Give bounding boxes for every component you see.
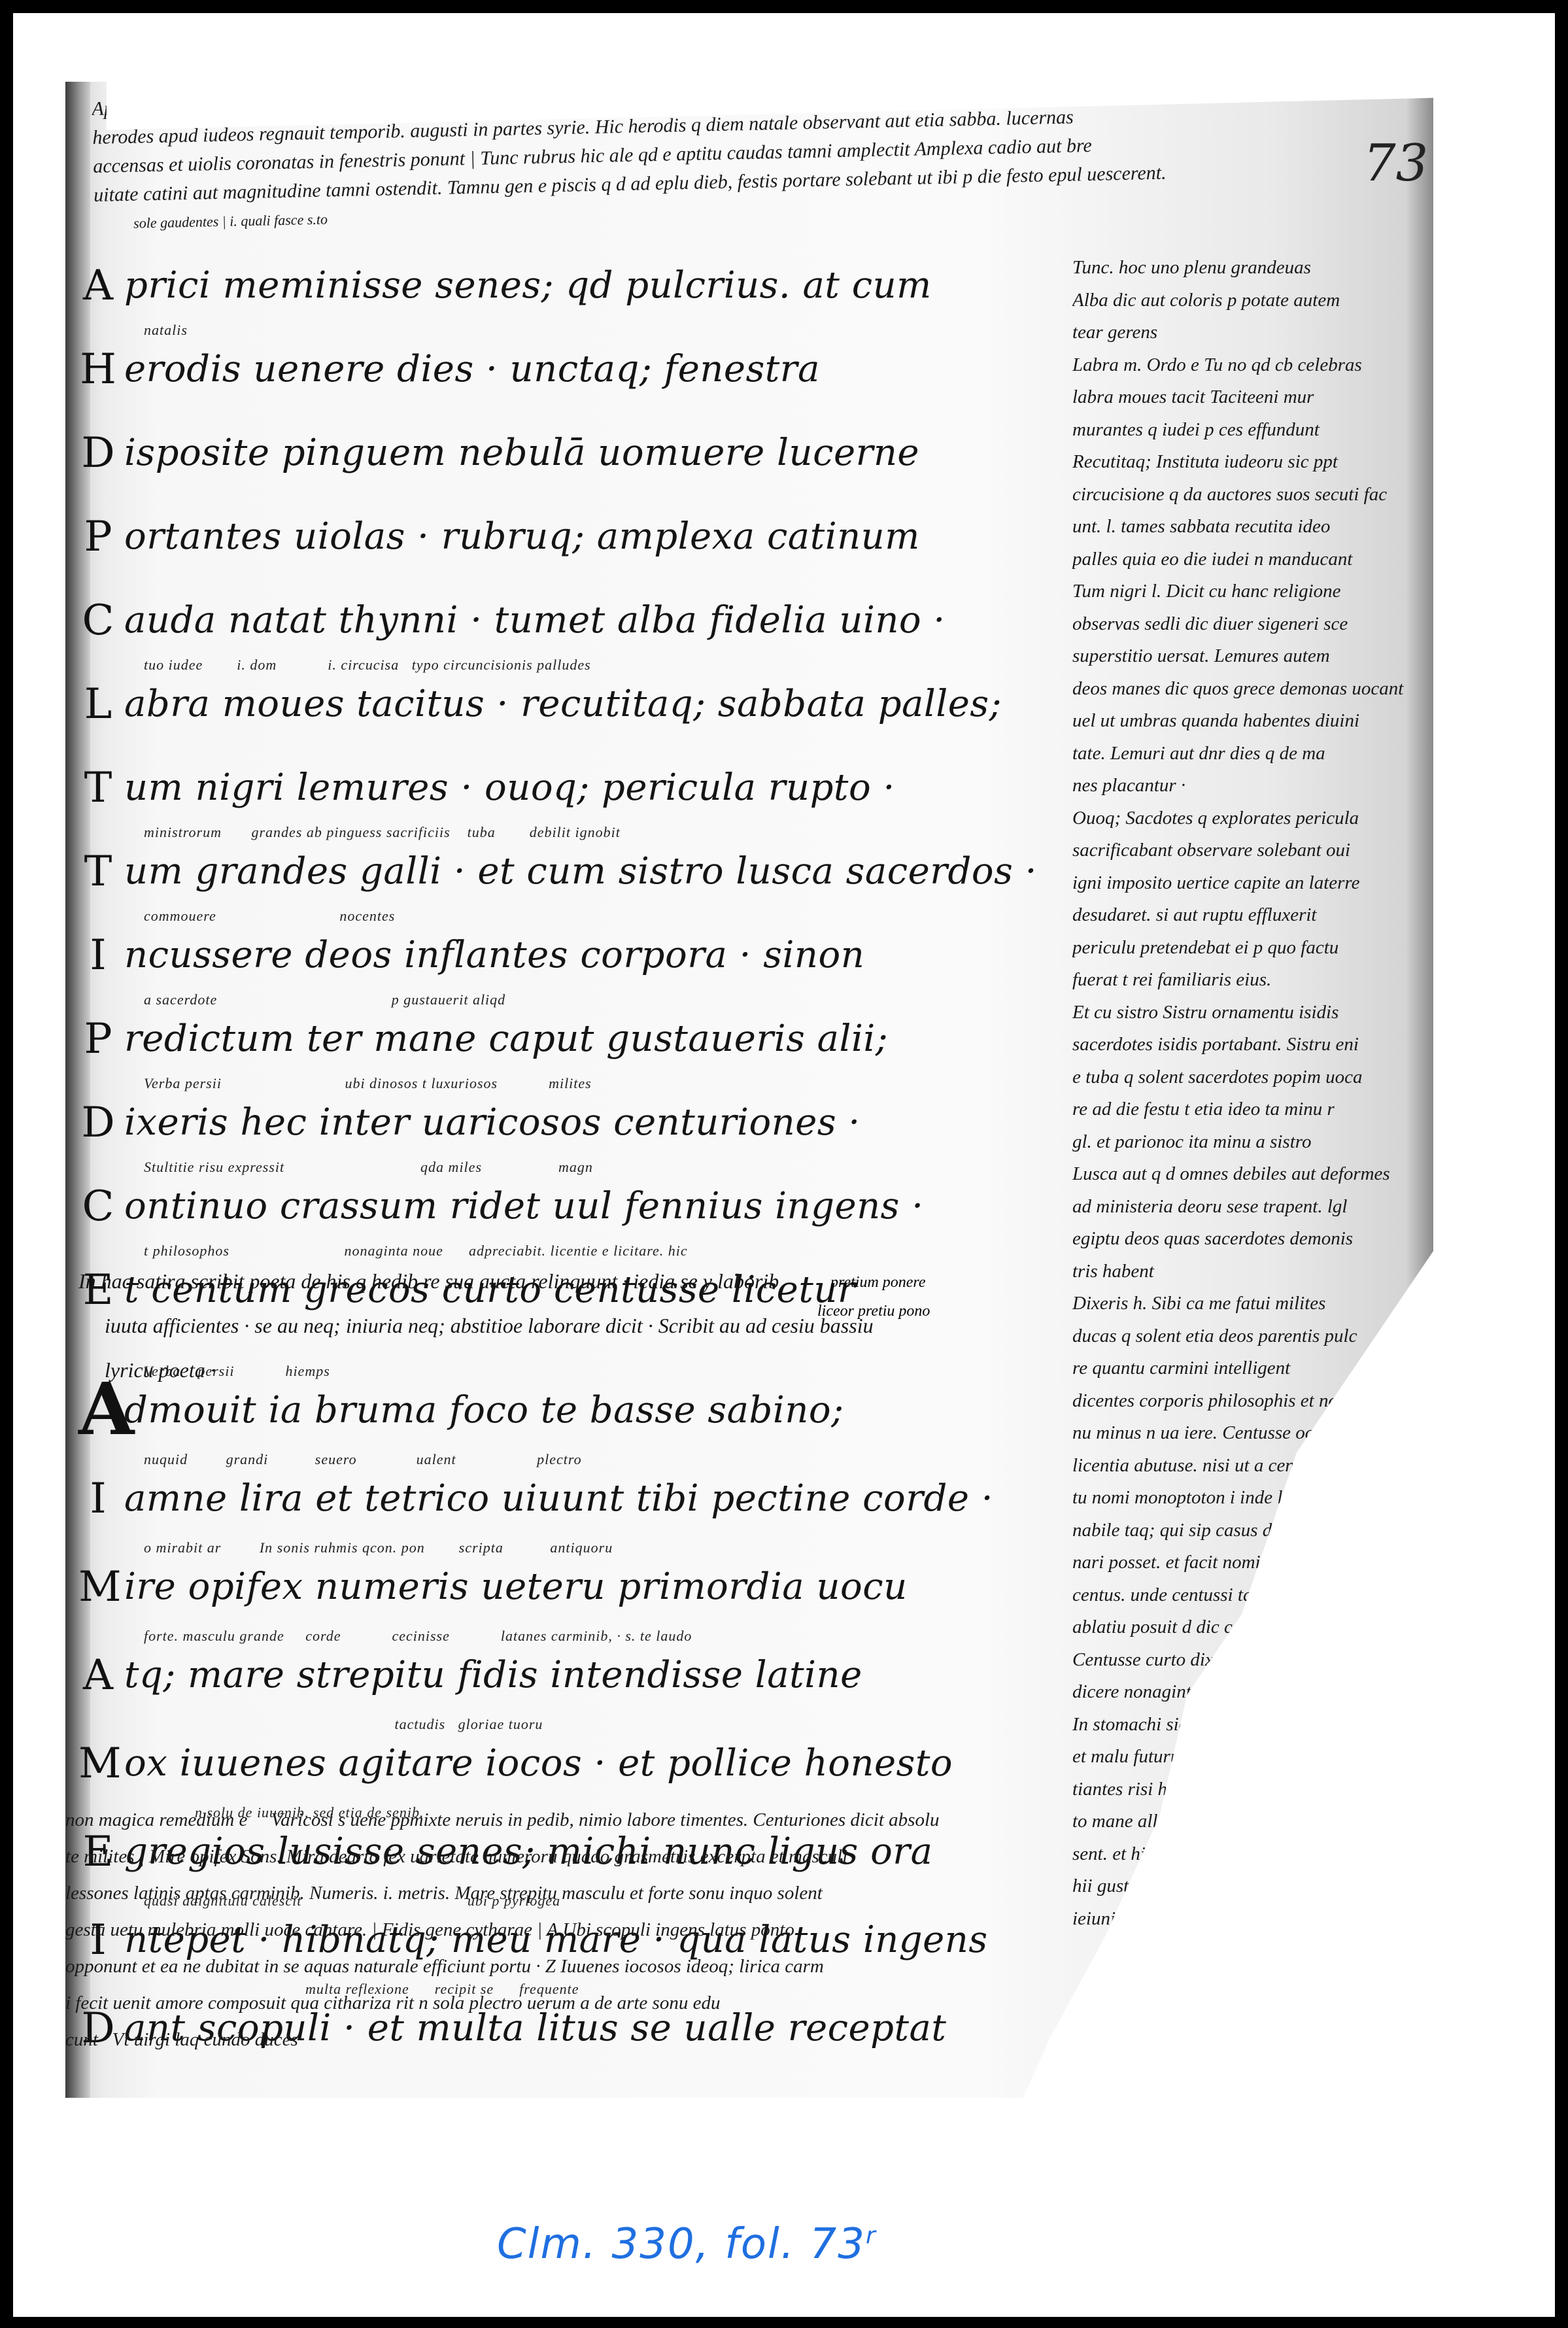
verse-text: ontinuo crassum ridet uul fennius ingens… <box>124 1185 924 1227</box>
verse-text: amne lira et tetrico uiuunt tibi pectine… <box>124 1477 993 1520</box>
commentary-line: circucisione q da auctores suos secuti f… <box>1072 479 1412 511</box>
commentary-line: observas sedli dic diuer sigeneri sce <box>1072 608 1412 641</box>
verse-text: ire opifex numeris ueteru primordia uocu <box>124 1566 908 1608</box>
commentary-line: igni imposito uertice capite an laterre <box>1072 867 1412 900</box>
verse-text: ixeris hec inter uaricosos centuriones · <box>124 1101 861 1144</box>
commentary-line: palles quia eo die iudei n manducant <box>1072 543 1412 576</box>
commentary-line: non magica remedium e Varicosi s uene pp… <box>65 1802 1085 1838</box>
verse-line: nuquid grandi seuero ualent plectroIamne… <box>78 1448 1046 1537</box>
prose-line: iuuta afficientes · se au neq; iniuria n… <box>78 1303 1046 1348</box>
verse-initial: T <box>78 764 118 812</box>
verse-initial: A <box>78 1651 118 1700</box>
commentary-line: tear gerens <box>1072 317 1412 349</box>
commentary-line: deos manes dic quos grece demonas uocant <box>1072 673 1412 706</box>
interlinear-gloss: nuquid grandi seuero ualent plectro <box>144 1451 582 1468</box>
commentary-line: Alba dic aut coloris p potate autem <box>1072 284 1412 317</box>
bottom-commentary: non magica remedium e Varicosi s uene pp… <box>65 1802 1085 2058</box>
prose-line: In hac satira scribit poeta de his q hed… <box>78 1259 1046 1303</box>
commentary-line: gl. et parionoc ita minu a sistro <box>1072 1126 1412 1159</box>
commentary-line: Et cu sistro Sistru ornamentu isidis <box>1072 997 1412 1029</box>
verse-line: Verba persii hiempsAdmouit ia bruma foco… <box>78 1360 1046 1448</box>
commentary-line: Tunc. hoc uno plenu grandeuas <box>1072 252 1412 284</box>
verse-initial: D <box>78 1099 118 1147</box>
verse-text: auda natat thynni · tumet alba fidelia u… <box>124 599 946 642</box>
commentary-line: unt. l. tames sabbata recutita ideo <box>1072 511 1412 543</box>
commentary-line: nes placantur · <box>1072 770 1412 802</box>
commentary-line: Dixeris h. Sibi ca me fatui milites <box>1072 1288 1412 1320</box>
verse-text: ox iuuenes agitare iocos · et pollice ho… <box>124 1742 953 1785</box>
commentary-line: i fecit uenit amore composuit qua cithar… <box>65 1985 1085 2021</box>
commentary-line: Lusca aut q d omnes debiles aut deformes <box>1072 1158 1412 1191</box>
verse-initial: C <box>78 596 118 645</box>
commentary-line: fuerat t rei familiaris eius. <box>1072 964 1412 997</box>
commentary-line: ducas q solent etia deos parentis pulc <box>1072 1320 1412 1353</box>
verse-column-part1: Aprici meminisse senes; qd pulcrius. at … <box>78 235 1020 1324</box>
verse-line: Portantes uiolas · rubruq; amplexa catin… <box>78 487 1020 570</box>
verse-text: prici meminisse senes; qd pulcrius. at c… <box>124 264 932 307</box>
verse-initial: A <box>78 1367 118 1451</box>
shelfmark-caption: Clm. 330, fol. 73r <box>497 2220 877 2268</box>
commentary-line: tris habent <box>1072 1256 1412 1288</box>
commentary-line: re ad die festu t etia ideo ta minu r <box>1072 1093 1412 1126</box>
commentary-line: Ouoq; Sacdotes q explorates pericula <box>1072 802 1412 835</box>
interlinear-gloss: forte. masculu grande corde cecinisse la… <box>144 1628 692 1645</box>
verse-line: Cauda natat thynni · tumet alba fidelia … <box>78 570 1020 654</box>
verse-line: Aprici meminisse senes; qd pulcrius. at … <box>78 235 1020 319</box>
commentary-line: sacrificabant observare solebant oui <box>1072 834 1412 867</box>
verse-line: forte. masculu grande corde cecinisse la… <box>78 1625 1046 1713</box>
verse-initial: D <box>78 429 118 477</box>
interlinear-gloss: o mirabit ar In sonis ruhmis qcon. pon s… <box>144 1539 613 1556</box>
verse-initial: C <box>78 1182 118 1231</box>
verse-line: ministrorum grandes ab pinguess sacrific… <box>78 821 1020 905</box>
commentary-line: Tum nigri l. Dicit cu hanc religione <box>1072 575 1412 608</box>
verse-line: Verba persii ubi dinosos t luxuriosos mi… <box>78 1072 1020 1156</box>
interlinear-gloss: Verba persii ubi dinosos t luxuriosos mi… <box>144 1075 592 1092</box>
verse-line: a sacerdote p gustauerit aliqdPredictum … <box>78 989 1020 1072</box>
verse-initial: T <box>78 847 118 896</box>
commentary-line: superstitio uersat. Lemures autem <box>1072 640 1412 673</box>
interlinear-gloss: Stultitie risu expressit qda miles magn <box>144 1159 593 1176</box>
commentary-line: egiptu deos quas sacerdotes demonis <box>1072 1223 1412 1256</box>
verse-initial: P <box>78 513 118 561</box>
commentary-line: periculu pretendebat ei p quo factu <box>1072 932 1412 965</box>
verse-initial: I <box>78 931 118 980</box>
interlinear-gloss: a sacerdote p gustauerit aliqd <box>144 991 505 1008</box>
commentary-line: sacerdotes isidis portabant. Sistru eni <box>1072 1029 1412 1061</box>
commentary-line: lessones latinis aptas carminib. Numeris… <box>65 1875 1085 1911</box>
verse-line: Disposite pinguem nebulā uomuere lucerne <box>78 403 1020 487</box>
commentary-line: labra moues tacit Taciteeni mur <box>1072 381 1412 414</box>
commentary-line: e tuba q solent sacerdotes popim uoca <box>1072 1061 1412 1094</box>
verse-text: tq; mare strepitu fidis intendisse latin… <box>124 1654 862 1696</box>
verse-text: um grandes galli · et cum sistro lusca s… <box>124 850 1037 893</box>
commentary-line: gesta uetu mulebria molli uoce cantare. … <box>65 1911 1085 1948</box>
commentary-line: Labra m. Ordo e Tu no qd cb celebras <box>1072 349 1412 382</box>
verse-line: natalisHerodis uenere dies · unctaq; fen… <box>78 319 1020 403</box>
commentary-line: opponunt et ea ne dubitat in se aquas na… <box>65 1948 1085 1985</box>
commentary-line: uel ut umbras quanda habentes diuini <box>1072 705 1412 738</box>
interlinear-gloss: t philosophos nonaginta noue adpreciabit… <box>144 1242 688 1259</box>
verse-initial: A <box>78 262 118 310</box>
interlinear-gloss: tactudis gloriae tuoru <box>144 1716 543 1733</box>
verse-initial: M <box>78 1563 118 1611</box>
verse-initial: L <box>78 680 118 728</box>
commentary-line: murantes q iudei p ces effundunt <box>1072 414 1412 447</box>
verse-text: dmouit ia bruma foco te basse sabino; <box>124 1389 844 1431</box>
verse-initial: P <box>78 1015 118 1063</box>
verse-initial: H <box>78 345 118 394</box>
caption-recto-mark: r <box>866 2223 877 2250</box>
interlinear-gloss: natalis <box>144 322 188 339</box>
verse-text: erodis uenere dies · unctaq; fenestra <box>124 348 820 390</box>
verse-text: isposite pinguem nebulā uomuere lucerne <box>124 432 919 474</box>
commentary-line: te milites | Mire opifex Sons. Mira dear… <box>65 1838 1085 1875</box>
interlinear-gloss: tuo iudee i. dom i. circucisa typo circu… <box>144 657 591 674</box>
verse-line: o mirabit ar In sonis ruhmis qcon. pon s… <box>78 1537 1046 1625</box>
verse-line: Tum nigri lemures · ouoq; pericula rupto… <box>78 738 1020 821</box>
verse-initial: I <box>78 1475 118 1523</box>
verse-text: ncussere deos inflantes corpora · sinon <box>124 934 864 976</box>
caption-shelfmark: Clm. 330, fol. 73 <box>497 2220 866 2268</box>
commentary-line: tate. Lemuri aut dnr dies q de ma <box>1072 738 1412 770</box>
verse-line: commouere nocentesIncussere deos inflant… <box>78 905 1020 989</box>
commentary-line: cunt · Vt uirgi laq cundo duces <box>65 2021 1085 2058</box>
verse-text: ortantes uiolas · rubruq; amplexa catinu… <box>124 515 920 558</box>
verse-line: tuo iudee i. dom i. circucisa typo circu… <box>78 654 1020 738</box>
commentary-line: Recutitaq; Instituta iudeoru sic ppt <box>1072 446 1412 479</box>
interlinear-gloss: commouere nocentes <box>144 908 395 925</box>
verse-text: um nigri lemures · ouoq; pericula rupto … <box>124 766 895 809</box>
verse-line: tactudis gloriae tuoruMox iuuenes agitar… <box>78 1713 1046 1802</box>
verse-text: redictum ter mane caput gustaueris alii; <box>124 1018 888 1060</box>
interlinear-gloss: Verba persii hiemps <box>144 1363 330 1380</box>
commentary-line: desudaret. si aut ruptu effluxerit <box>1072 899 1412 932</box>
verse-text: abra moues tacitus · recutitaq; sabbata … <box>124 683 1002 725</box>
commentary-line: ad ministeria deoru sese trapent. lgl <box>1072 1191 1412 1224</box>
interlinear-gloss: ministrorum grandes ab pinguess sacrific… <box>144 824 621 841</box>
verse-line: Stultitie risu expressit qda miles magnC… <box>78 1156 1020 1240</box>
verse-initial: M <box>78 1739 118 1788</box>
